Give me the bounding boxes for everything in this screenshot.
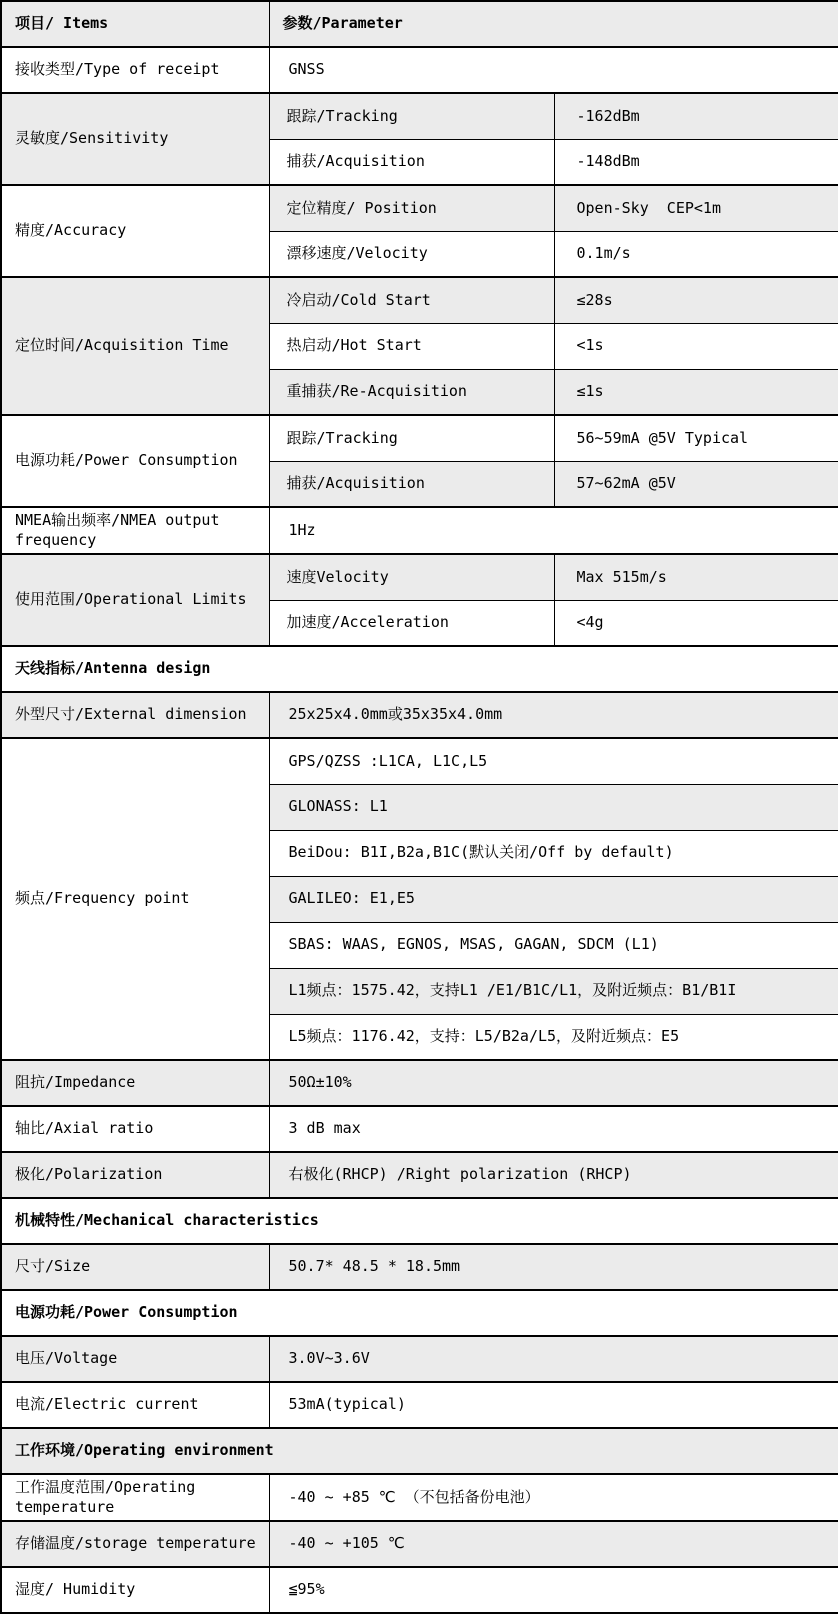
value-cell: 53mA(typical) — [269, 1382, 838, 1428]
value-cell: 56~59mA @5V Typical — [554, 415, 838, 461]
header-items-cell: 项目/ Items — [1, 1, 269, 47]
value-cell: 25x25x4.0mm或35x35x4.0mm — [269, 692, 838, 738]
value-cell: BeiDou: B1I,B2a,B1C(默认关闭/Off by default) — [269, 830, 838, 876]
value-cell: GLONASS: L1 — [269, 784, 838, 830]
section-row: 电源功耗/Power Consumption — [1, 1290, 838, 1336]
group-cell-power-consumption: 电源功耗/Power Consumption — [1, 415, 269, 507]
item-cell: 湿度/ Humidity — [1, 1567, 269, 1613]
item-cell: 接收类型/Type of receipt — [1, 47, 269, 93]
table-row: 电源功耗/Power Consumption 跟踪/Tracking 56~59… — [1, 415, 838, 461]
value-cell: -40 ~ +105 ℃ — [269, 1521, 838, 1567]
sub-item-cell: 速度Velocity — [269, 554, 554, 600]
value-cell: GPS/QZSS :L1CA, L1C,L5 — [269, 738, 838, 784]
section-row: 工作环境/Operating environment — [1, 1428, 838, 1474]
table-row: 尺寸/Size 50.7* 48.5 * 18.5mm — [1, 1244, 838, 1290]
value-cell: ≤28s — [554, 277, 838, 323]
table-row: 电流/Electric current 53mA(typical) — [1, 1382, 838, 1428]
group-cell-acquisition-time: 定位时间/Acquisition Time — [1, 277, 269, 415]
table-row: 外型尺寸/External dimension 25x25x4.0mm或35x3… — [1, 692, 838, 738]
table-row: 使用范围/Operational Limits 速度Velocity Max 5… — [1, 554, 838, 600]
table-row: 存储温度/storage temperature -40 ~ +105 ℃ — [1, 1521, 838, 1567]
table-row: 湿度/ Humidity ≦95% — [1, 1567, 838, 1613]
table-row: 电压/Voltage 3.0V~3.6V — [1, 1336, 838, 1382]
value-cell: GNSS — [269, 47, 838, 93]
value-cell: <1s — [554, 323, 838, 369]
sub-item-cell: 重捕获/Re-Acquisition — [269, 369, 554, 415]
table-row: 阻抗/Impedance 50Ω±10% — [1, 1060, 838, 1106]
sub-item-cell: 加速度/Acceleration — [269, 600, 554, 646]
section-header-operating-environment: 工作环境/Operating environment — [1, 1428, 838, 1474]
item-cell: 电压/Voltage — [1, 1336, 269, 1382]
item-cell: 极化/Polarization — [1, 1152, 269, 1198]
value-cell: GALILEO: E1,E5 — [269, 876, 838, 922]
item-cell: 阻抗/Impedance — [1, 1060, 269, 1106]
group-cell-sensitivity: 灵敏度/Sensitivity — [1, 93, 269, 185]
value-cell: 0.1m/s — [554, 231, 838, 277]
value-cell: <4g — [554, 600, 838, 646]
group-cell-frequency-point: 频点/Frequency point — [1, 738, 269, 1060]
value-cell: 50.7* 48.5 * 18.5mm — [269, 1244, 838, 1290]
header-row: 项目/ Items 参数/Parameter — [1, 1, 838, 47]
value-cell: 右极化(RHCP) /Right polarization (RHCP) — [269, 1152, 838, 1198]
value-cell: Open-Sky CEP<1m — [554, 185, 838, 231]
value-cell: 57~62mA @5V — [554, 461, 838, 507]
table-row: 接收类型/Type of receipt GNSS — [1, 47, 838, 93]
table-row: 工作温度范围/Operating temperature -40 ~ +85 ℃… — [1, 1474, 838, 1521]
table-row: 精度/Accuracy 定位精度/ Position Open-Sky CEP<… — [1, 185, 838, 231]
sub-item-cell: 跟踪/Tracking — [269, 415, 554, 461]
value-cell: L5频点：1176.42，支持：L5/B2a/L5，及附近频点：E5 — [269, 1014, 838, 1060]
value-cell: L1频点：1575.42，支持L1 /E1/B1C/L1，及附近频点：B1/B1… — [269, 968, 838, 1014]
table-row: NMEA输出频率/NMEA output frequency 1Hz — [1, 507, 838, 554]
value-cell: Max 515m/s — [554, 554, 838, 600]
group-cell-accuracy: 精度/Accuracy — [1, 185, 269, 277]
value-cell: -162dBm — [554, 93, 838, 139]
item-cell: 轴比/Axial ratio — [1, 1106, 269, 1152]
section-row: 机械特性/Mechanical characteristics — [1, 1198, 838, 1244]
header-parameter-cell: 参数/Parameter — [269, 1, 838, 47]
section-row: 天线指标/Antenna design — [1, 646, 838, 692]
table-row: 频点/Frequency point GPS/QZSS :L1CA, L1C,L… — [1, 738, 838, 784]
sub-item-cell: 定位精度/ Position — [269, 185, 554, 231]
spec-table: 项目/ Items 参数/Parameter 接收类型/Type of rece… — [0, 0, 838, 1614]
item-cell: 电流/Electric current — [1, 1382, 269, 1428]
item-cell: 存储温度/storage temperature — [1, 1521, 269, 1567]
value-cell: SBAS: WAAS, EGNOS, MSAS, GAGAN, SDCM (L1… — [269, 922, 838, 968]
value-cell: 1Hz — [269, 507, 838, 554]
value-cell: 3.0V~3.6V — [269, 1336, 838, 1382]
item-cell: 尺寸/Size — [1, 1244, 269, 1290]
sub-item-cell: 捕获/Acquisition — [269, 139, 554, 185]
value-cell: -148dBm — [554, 139, 838, 185]
section-header-antenna-design: 天线指标/Antenna design — [1, 646, 838, 692]
item-cell: NMEA输出频率/NMEA output frequency — [1, 507, 269, 554]
sub-item-cell: 热启动/Hot Start — [269, 323, 554, 369]
table-row: 定位时间/Acquisition Time 冷启动/Cold Start ≤28… — [1, 277, 838, 323]
table-row: 极化/Polarization 右极化(RHCP) /Right polariz… — [1, 1152, 838, 1198]
sub-item-cell: 漂移速度/Velocity — [269, 231, 554, 277]
spec-sheet-page: 项目/ Items 参数/Parameter 接收类型/Type of rece… — [0, 0, 838, 1614]
group-cell-operational-limits: 使用范围/Operational Limits — [1, 554, 269, 646]
item-cell: 工作温度范围/Operating temperature — [1, 1474, 269, 1521]
value-cell: ≤1s — [554, 369, 838, 415]
item-cell: 外型尺寸/External dimension — [1, 692, 269, 738]
sub-item-cell: 捕获/Acquisition — [269, 461, 554, 507]
value-cell: 3 dB max — [269, 1106, 838, 1152]
table-row: 轴比/Axial ratio 3 dB max — [1, 1106, 838, 1152]
value-cell: -40 ~ +85 ℃ （不包括备份电池） — [269, 1474, 838, 1521]
section-header-power-consumption: 电源功耗/Power Consumption — [1, 1290, 838, 1336]
value-cell: ≦95% — [269, 1567, 838, 1613]
section-header-mechanical: 机械特性/Mechanical characteristics — [1, 1198, 838, 1244]
table-row: 灵敏度/Sensitivity 跟踪/Tracking -162dBm — [1, 93, 838, 139]
sub-item-cell: 跟踪/Tracking — [269, 93, 554, 139]
value-cell: 50Ω±10% — [269, 1060, 838, 1106]
sub-item-cell: 冷启动/Cold Start — [269, 277, 554, 323]
